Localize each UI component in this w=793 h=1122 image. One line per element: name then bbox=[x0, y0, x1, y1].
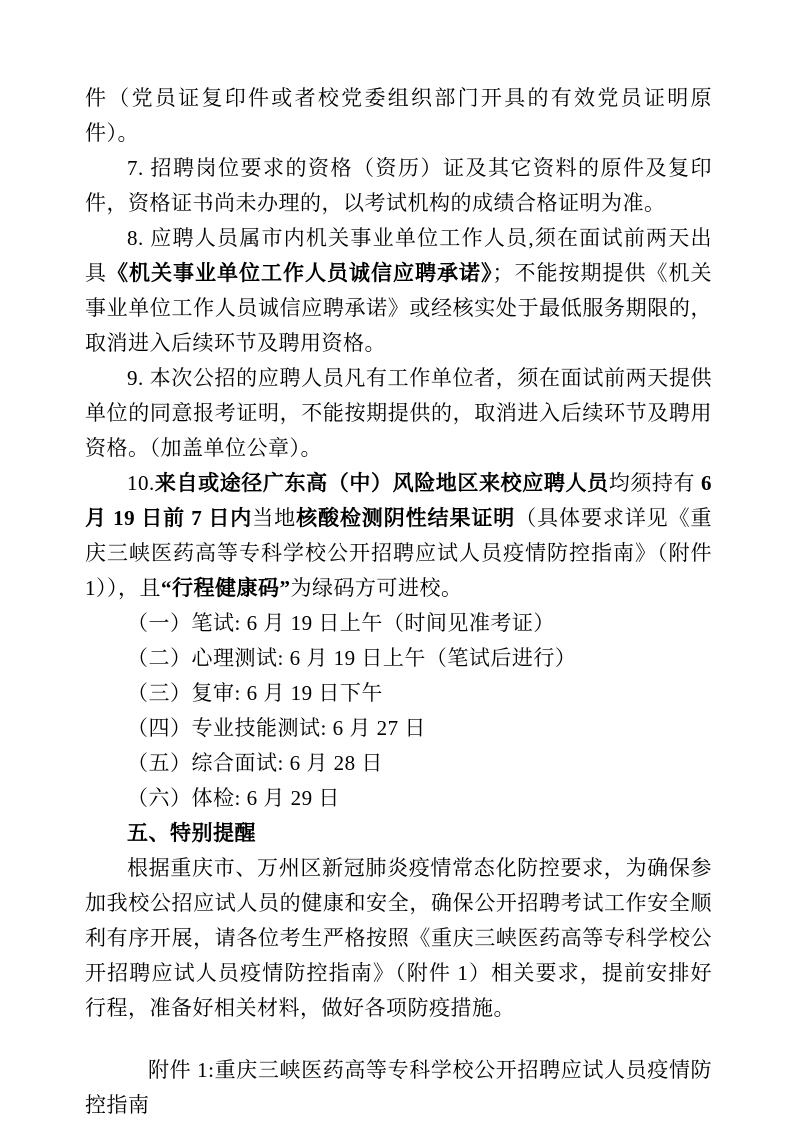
text-run: 9. 本次公招的应聘人员凡有工作单位者，须在面试前两天提供单位的同意报考证明，不… bbox=[85, 366, 712, 460]
paragraph-schedule-review: （三）复审: 6 月 19 日下午 bbox=[85, 676, 712, 711]
text-run: 当地 bbox=[252, 506, 296, 530]
paragraph-schedule-psych-test: （二）心理测试: 6 月 19 日上午（笔试后进行） bbox=[85, 641, 712, 676]
document-body: 件（党员证复印件或者校党委组织部门开具的有效党员证明原件）。7. 招聘岗位要求的… bbox=[85, 81, 712, 1122]
paragraph-schedule-interview: （五）综合面试: 6 月 28 日 bbox=[85, 746, 712, 781]
text-run: （六）体检: 6 月 29 日 bbox=[127, 786, 340, 810]
paragraph-schedule-physical-exam: （六）体检: 6 月 29 日 bbox=[85, 781, 712, 816]
text-run: 为绿码方可进校。 bbox=[291, 576, 463, 600]
text-run: （一）笔试: 6 月 19 日上午（时间见准考证） bbox=[127, 611, 555, 635]
text-run: （四）专业技能测试: 6 月 27 日 bbox=[127, 716, 426, 740]
text-run: （二）心理测试: 6 月 19 日上午（笔试后进行） bbox=[127, 646, 576, 670]
text-run: 根据重庆市、万州区新冠肺炎疫情常态化防控要求，为确保参加我校公招应试人员的健康和… bbox=[85, 856, 712, 1020]
paragraph-schedule-skill-test: （四）专业技能测试: 6 月 27 日 bbox=[85, 711, 712, 746]
bold-text-run: “行程健康码” bbox=[161, 576, 291, 600]
text-run: 附件 1:重庆三峡医药高等专科学校公开招聘应试人员疫情防控指南 bbox=[85, 1058, 712, 1117]
text-run: 10. bbox=[127, 471, 155, 495]
paragraph-attachment-note: 附件 1:重庆三峡医药高等专科学校公开招聘应试人员疫情防控指南 bbox=[85, 1053, 712, 1122]
paragraph-item-7: 7. 招聘岗位要求的资格（资历）证及其它资料的原件及复印件，资格证书尚未办理的，… bbox=[85, 151, 712, 221]
paragraph-item-10: 10.来自或途径广东高（中）风险地区来校应聘人员均须持有 6 月 19 日前 7… bbox=[85, 466, 712, 606]
paragraph-schedule-written-test: （一）笔试: 6 月 19 日上午（时间见准考证） bbox=[85, 606, 712, 641]
heading-section-5-special-reminder: 五、特别提醒 bbox=[85, 816, 712, 851]
paragraph-item-9: 9. 本次公招的应聘人员凡有工作单位者，须在面试前两天提供单位的同意报考证明，不… bbox=[85, 361, 712, 466]
bold-text-run: 核酸检测阴性结果证明 bbox=[296, 506, 515, 530]
bold-text-run: 来自或途径广东高（中）风险地区来校应聘人员 bbox=[155, 471, 609, 495]
bold-text-run: 《机关事业单位工作人员诚信应聘承诺》 bbox=[107, 261, 493, 285]
paragraph-item-8: 8. 应聘人员属市内机关事业单位工作人员,须在面试前两天出具《机关事业单位工作人… bbox=[85, 221, 712, 361]
text-run: （五）综合面试: 6 月 28 日 bbox=[127, 751, 383, 775]
text-run: 件（党员证复印件或者校党委组织部门开具的有效党员证明原件）。 bbox=[85, 86, 712, 145]
document-page: 件（党员证复印件或者校党委组织部门开具的有效党员证明原件）。7. 招聘岗位要求的… bbox=[0, 0, 793, 1122]
text-run: 均须持有 bbox=[609, 471, 695, 495]
paragraph-item6-continuation: 件（党员证复印件或者校党委组织部门开具的有效党员证明原件）。 bbox=[85, 81, 712, 151]
text-run: 7. 招聘岗位要求的资格（资历）证及其它资料的原件及复印件，资格证书尚未办理的，… bbox=[85, 156, 712, 215]
text-run: （三）复审: 6 月 19 日下午 bbox=[127, 681, 383, 705]
paragraph-special-reminder-body: 根据重庆市、万州区新冠肺炎疫情常态化防控要求，为确保参加我校公招应试人员的健康和… bbox=[85, 851, 712, 1026]
bold-text-run: 五、特别提醒 bbox=[127, 821, 256, 845]
